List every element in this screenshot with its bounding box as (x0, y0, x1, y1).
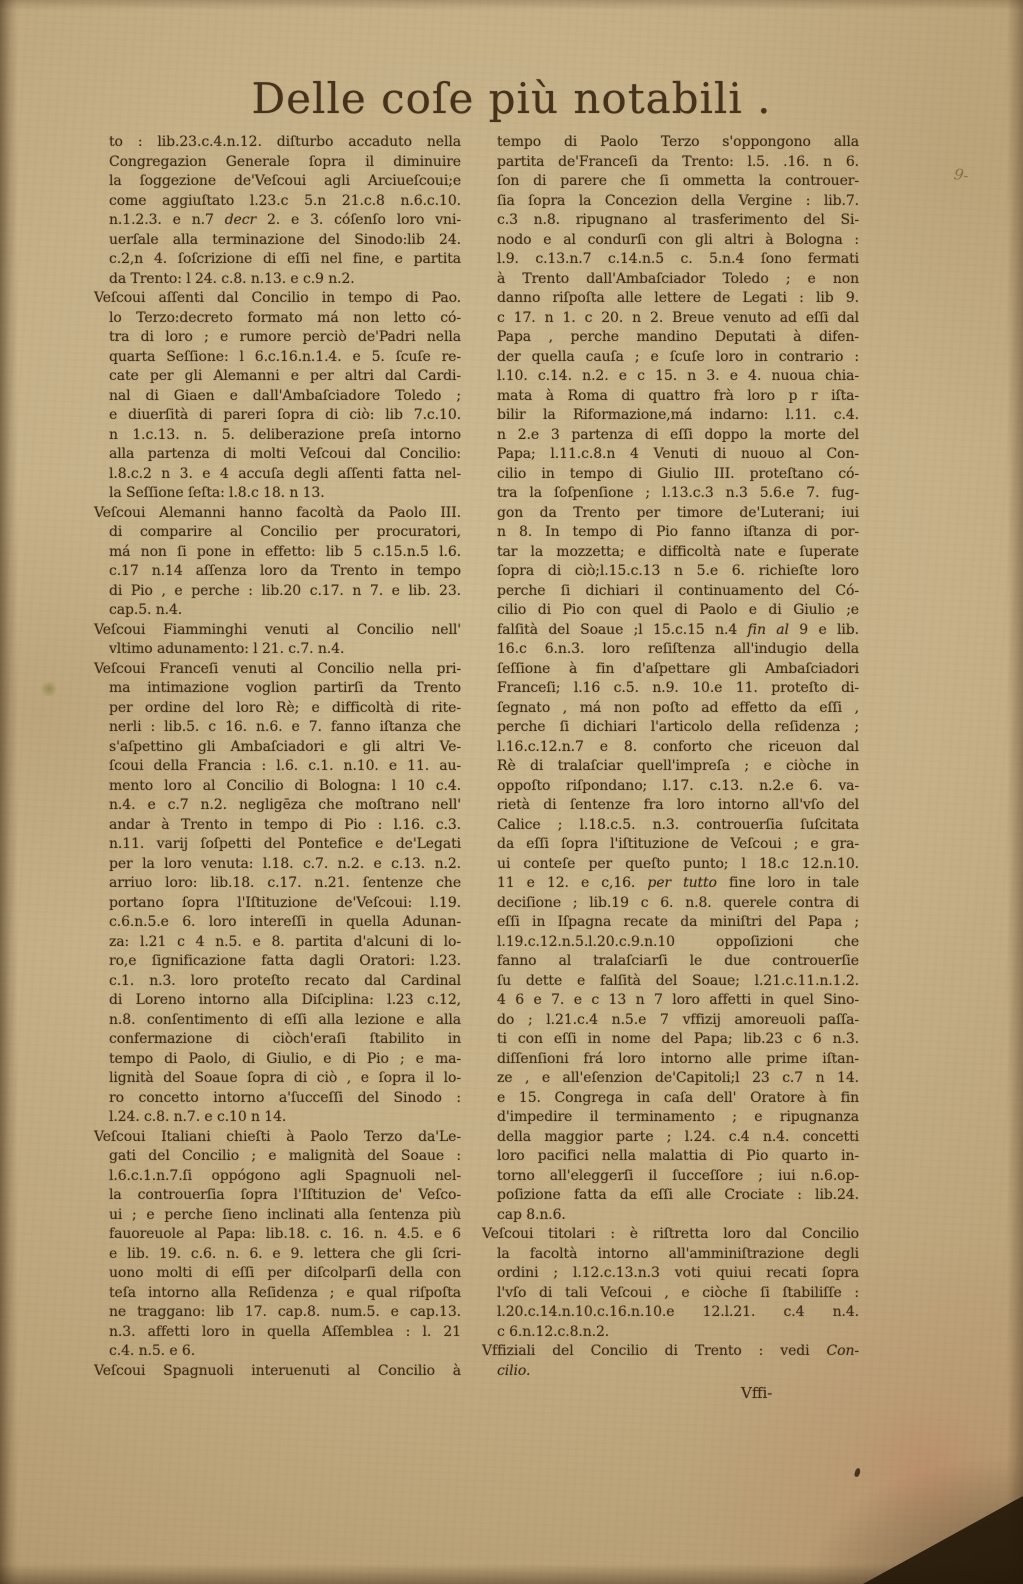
index-entry: Veſcoui titolari : è riſtretta loro dal … (482, 1225, 859, 1342)
index-entry: Veſcoui Fiamminghi venuti al Concilio ne… (94, 621, 461, 660)
index-line: la facoltà intorno all'amminiſtrazione d… (482, 1245, 859, 1265)
index-line: tra la ſoſpenſione ; l.13.c.3 n.3 5.6.e … (482, 484, 859, 504)
index-line: Veſcoui Italiani chieſti à Paolo Terzo d… (94, 1128, 461, 1148)
index-line: alla partenza di molti Veſcoui dal Conci… (94, 445, 461, 465)
index-line: di Pio , e perche : lib.20 c.17. n 7. e … (94, 582, 461, 602)
index-entry: Veſcoui aſſenti dal Concilio in tempo di… (94, 289, 461, 504)
index-line: diſſenſioni frá loro intorno alle prime … (482, 1050, 859, 1070)
index-line: falſità del Soaue ;l 15.c.15 n.4 fin al … (482, 621, 859, 641)
index-line: ui conteſe per queſto punto; l 18.c 12.n… (482, 855, 859, 875)
index-line: ro,e ſignificazione fatta dagli Oratori:… (94, 952, 461, 972)
index-line: poſizione fatta da eſſi alle Crociate : … (482, 1186, 859, 1206)
index-line: di Loreno intorno alla Diſciplina: l.23 … (94, 991, 461, 1011)
index-line: uerſale alla terminazione del Sinodo:lib… (94, 231, 461, 251)
index-line: ſegnato , má non poſto ad effetto da eſſ… (482, 699, 859, 719)
index-line: lignità del Soaue ſopra di ciò , e ſopra… (94, 1069, 461, 1089)
index-column-right: tempo di Paolo Terzo s'oppongono allapar… (482, 133, 859, 1381)
index-line: Veſcoui aſſenti dal Concilio in tempo di… (94, 289, 461, 309)
index-entry: Veſcoui Italiani chieſti à Paolo Terzo d… (94, 1128, 461, 1362)
index-line: c.2,n 4. ſoſcrizione di eſſi nel fine, e… (94, 250, 461, 270)
index-line: uono molti di eſſi per diſcolparſi della… (94, 1264, 461, 1284)
index-line: oppoſto riſpondano; l.17. c.13. n.2.e 6.… (482, 777, 859, 797)
index-line: mata à Roma di quattro frà loro p r iſta… (482, 387, 859, 407)
index-line: l.10. c.14. n.2. e c 15. n 3. e 4. nuoua… (482, 367, 859, 387)
index-line: nal di Giaen e dall'Ambaſciadore Toledo … (94, 387, 461, 407)
index-line: l.9. c.13.n.7 c.14.n.5 c. 5.n.4 ſono fer… (482, 250, 859, 270)
index-line: nerli : lib.5. c 16. n.6. e 7. fanno iſt… (94, 718, 461, 738)
index-line: andar à Trento in tempo di Pio : l.16. c… (94, 816, 461, 836)
index-line: l.19.c.12.n.5.l.20.c.9.n.10 oppoſizioni … (482, 933, 859, 953)
index-line: la Seſſione ſeſta: l.8.c 18. n 13. (94, 484, 461, 504)
index-line: e 15. Congrega in caſa dell' Oratore à f… (482, 1089, 859, 1109)
index-line: to : lib.23.c.4.n.12. diſturbo accaduto … (94, 133, 461, 153)
index-line: perche ſi dichiari il continuamento del … (482, 582, 859, 602)
catchword: Vffi- (741, 1384, 772, 1402)
index-line: l.16.c.12.n.7 e 8. conforto che riceuon … (482, 738, 859, 758)
index-line: l.24. c.8. n.7. e c.10 n 14. (94, 1108, 461, 1128)
index-line: ma intimazione voglion partirſi da Trent… (94, 679, 461, 699)
index-line: n 2.e 3 partenza di eſſi doppo la morte … (482, 426, 859, 446)
index-line: ti con eſſi in nome del Papa; lib.23 c 6… (482, 1030, 859, 1050)
index-line: za: l.21 c 4 n.5. e 8. partita d'alcuni … (94, 933, 461, 953)
index-line: Veſcoui Franceſi venuti al Concilio nell… (94, 660, 461, 680)
index-line: la controuerſia ſopra l'Iſtituzion de' V… (94, 1186, 461, 1206)
index-line: e lib. 19. c.6. n. 6. e 9. lettera che g… (94, 1245, 461, 1265)
index-line: l.6.c.1.n.7.ſi oppógono agli Spagnuoli n… (94, 1167, 461, 1187)
index-line: Veſcoui titolari : è riſtretta loro dal … (482, 1225, 859, 1245)
index-line: n 1.c.13. n. 5. deliberazione preſa into… (94, 426, 461, 446)
index-line: do ; l.21.c.4 n.5.e 7 vffizij amoreuoli … (482, 1011, 859, 1031)
index-line: quarta Seſſione: l 6.c.16.n.1.4. e 5. ſc… (94, 348, 461, 368)
index-line: ſcoui della Francia : l.6. c.1. n.10. e … (94, 757, 461, 777)
index-column-left: to : lib.23.c.4.n.12. diſturbo accaduto … (94, 133, 461, 1381)
index-line: 16.c 6.n.3. loro reſiſtenza all'indugio … (482, 640, 859, 660)
index-line: ſopra di ciò;l.15.c.13 n 5.e 6. richieſt… (482, 562, 859, 582)
index-line: c 6.n.12.c.8.n.2. (482, 1323, 859, 1343)
index-line: tempo di Paolo, di Giulio, e di Pio ; e … (94, 1050, 461, 1070)
handwritten-mark: 9- (953, 165, 970, 185)
index-line: c.3 n.8. ripugnano al trasferimento del … (482, 211, 859, 231)
index-line: l'vſo di tali Veſcoui , e ciòche ſi ſtab… (482, 1284, 859, 1304)
index-line: da Trento: l 24. c.8. n.13. e c.9 n.2. (94, 270, 461, 290)
index-line: s'aſpettino gli Ambaſciadori e gli altri… (94, 738, 461, 758)
index-line: cilio. (482, 1362, 859, 1382)
index-line: loro pacifici nella malattia di Pio quar… (482, 1147, 859, 1167)
index-entry: to : lib.23.c.4.n.12. diſturbo accaduto … (94, 133, 461, 289)
index-line: d'impedire il terminamento ; e ripugnanz… (482, 1108, 859, 1128)
index-line: l.8.c.2 n 3. e 4 accuſa degli aſſenti fa… (94, 465, 461, 485)
index-line: Congregazion Generale ſopra il diminuire (94, 153, 461, 173)
index-line: per ordine del loro Rè; e difficoltà di … (94, 699, 461, 719)
index-line: Papa , perche mandino Deputati à difen- (482, 328, 859, 348)
page-corner-curl (863, 1496, 1023, 1584)
index-line: 11 e 12. e c,16. per tutto fine loro in … (482, 874, 859, 894)
index-entry: Veſcoui Alemanni hanno facoltà da Paolo … (94, 504, 461, 621)
index-line: Veſcoui Alemanni hanno facoltà da Paolo … (94, 504, 461, 524)
index-line: ro concetto intorno a'ſucceſſi del Sinod… (94, 1089, 461, 1109)
index-line: da eſſi ſopra l'iſtituzione de Veſcoui ;… (482, 835, 859, 855)
index-line: gon da Trento per timore de'Luterani; iu… (482, 504, 859, 524)
index-line: der quella cauſa ; e ſcuſe loro in contr… (482, 348, 859, 368)
page-edge-right (1007, 0, 1023, 1584)
index-line: cap.5. n.4. (94, 601, 461, 621)
index-line: e diuerſità di pareri ſopra di ciò: lib … (94, 406, 461, 426)
index-line: ſia ſopra la Concezion della Vergine : l… (482, 192, 859, 212)
index-line: 4 6 e 7. e c 13 n 7 loro affetti in quel… (482, 991, 859, 1011)
index-line: cate per gli Alemanni e per altri dal Ca… (94, 367, 461, 387)
index-line: c.17 n.14 aſſenza loro da Trento in temp… (94, 562, 461, 582)
index-line: rietà di ſentenze fra loro intorno all'v… (482, 796, 859, 816)
page-edge-top (0, 0, 1023, 10)
index-line: à Trento dall'Ambaſciador Toledo ; e non (482, 270, 859, 290)
index-line: confermazione di ciòch'eraſi ſtabilito i… (94, 1030, 461, 1050)
index-line: danno riſpoſta alle lettere de Legati : … (482, 289, 859, 309)
index-line: nodo e al condurſi con gli altri à Bolog… (482, 231, 859, 251)
page-title: Delle coſe più notabili . (0, 74, 1023, 123)
index-line: partita de'Franceſi da Trento: l.5. .16.… (482, 153, 859, 173)
index-line: n 8. In tempo di Pio fanno iſtanza di po… (482, 523, 859, 543)
index-line: n.3. affetti loro in quella Aſſemblea : … (94, 1323, 461, 1343)
index-line: la ſoggezione de'Veſcoui agli Arciueſcou… (94, 172, 461, 192)
index-line: c.6.n.5.e 6. loro intereſſi in quella Ad… (94, 913, 461, 933)
index-line: cap 8.n.6. (482, 1206, 859, 1226)
index-line: come aggiuſtato l.23.c 5.n 21.c.8 n.6.c.… (94, 192, 461, 212)
index-line: má non ſi pone in effetto: lib 5 c.15.n.… (94, 543, 461, 563)
index-line: bilir la Riformazione,má indarno: l.11. … (482, 406, 859, 426)
index-line: n.8. conſentimento di eſſi alla lezione … (94, 1011, 461, 1031)
index-line: arriuo loro: lib.18. c.17. n.21. ſentenz… (94, 874, 461, 894)
index-line: fauoreuole al Papa: lib.18. c. 16. n. 4.… (94, 1225, 461, 1245)
index-line: torno all'eleggerſi il ſucceſſore ; iui … (482, 1167, 859, 1187)
index-line: gati del Concilio ; e malignità del Soau… (94, 1147, 461, 1167)
index-line: l.20.c.14.n.10.c.16.n.10.e 12.l.21. c.4 … (482, 1303, 859, 1323)
index-line: ſeſſione à fin d'aſpettare gli Ambaſciad… (482, 660, 859, 680)
index-line: tar la mozzetta; e difficoltà nate e ſup… (482, 543, 859, 563)
index-line: perche ſi dichiari l'articolo della reſi… (482, 718, 859, 738)
index-line: mento loro al Concilio di Bologna: l 10 … (94, 777, 461, 797)
index-line: lo Terzo:decreto formato má non letto có… (94, 309, 461, 329)
paper-stain (40, 682, 58, 696)
index-line: ze , e all'eſenzion de'Capitoli;l 23 c.7… (482, 1069, 859, 1089)
index-line: deciſione ; lib.19 c 6. n.8. querele con… (482, 894, 859, 914)
index-line: Rè di tralaſciar quell'impreſa ; e ciòch… (482, 757, 859, 777)
index-line: teſa intorno alla Reſidenza ; e qual riſ… (94, 1284, 461, 1304)
index-entry: Vffiziali del Concilio di Trento : vedi … (482, 1342, 859, 1381)
index-line: Veſcoui Spagnuoli interuenuti al Concili… (94, 1362, 461, 1382)
index-line: fanno al tralaſciarſi le due controuerſi… (482, 952, 859, 972)
binding-shadow-left (0, 0, 18, 1584)
index-line: Calice ; l.18.c.5. n.3. controuerſia ſuſ… (482, 816, 859, 836)
index-line: Papa; l.11.c.8.n 4 Venuti di nuouo al Co… (482, 445, 859, 465)
index-line: Vffiziali del Concilio di Trento : vedi … (482, 1342, 859, 1362)
index-line: eſſi in Iſpagna recate da miniſtri del P… (482, 913, 859, 933)
index-line: c.1. n.3. loro proteſto recato dal Cardi… (94, 972, 461, 992)
index-line: Veſcoui Fiamminghi venuti al Concilio ne… (94, 621, 461, 641)
index-line: c.4. n.5. e 6. (94, 1342, 461, 1362)
index-line: ſon di parere che ſi ommetta la controue… (482, 172, 859, 192)
index-entry: tempo di Paolo Terzo s'oppongono allapar… (482, 133, 859, 1225)
index-line: tempo di Paolo Terzo s'oppongono alla (482, 133, 859, 153)
index-line: n.11. varij ſoſpetti del Pontefice e de'… (94, 835, 461, 855)
index-line: della maggior parte ; l.24. c.4 n.4. con… (482, 1128, 859, 1148)
index-line: n.1.2.3. e n.7 decr 2. e 3. cóſenſo loro… (94, 211, 461, 231)
index-line: portano ſopra l'Iſtituzione de'Veſcoui: … (94, 894, 461, 914)
index-line: tra di loro ; e rumore perciò de'Padri n… (94, 328, 461, 348)
index-line: ui ; e perche ſieno inclinati alla ſente… (94, 1206, 461, 1226)
index-line: Franceſi; l.16 c.5. n.9. 10.e 11. proteſ… (482, 679, 859, 699)
index-line: n.4. e c.7 n.2. negligēza che moſtrano n… (94, 796, 461, 816)
index-line: ne traggano: lib 17. cap.8. num.5. e cap… (94, 1303, 461, 1323)
index-line: ſu dette e falſità del Soaue; l.21.c.11.… (482, 972, 859, 992)
index-line: di comparire al Concilio per procuratori… (94, 523, 461, 543)
index-line: ordini ; l.12.c.13.n.3 voti quiui recati… (482, 1264, 859, 1284)
index-entry: Veſcoui Spagnuoli interuenuti al Concili… (94, 1362, 461, 1382)
index-line: cilio in tempo di Giulio III. proteſtano… (482, 465, 859, 485)
book-page-scan: { "page": { "title": "Delle coſe più not… (0, 0, 1023, 1584)
index-line: per la loro venuta: l.18. c.7. n.2. e c.… (94, 855, 461, 875)
index-entry: Veſcoui Franceſi venuti al Concilio nell… (94, 660, 461, 1128)
index-line: cilio di Pio con quel di Paolo e di Giul… (482, 601, 859, 621)
index-line: c 17. n 1. c 20. n 2. Breue venuto ad eſ… (482, 309, 859, 329)
index-line: vltimo adunamento: l 21. c.7. n.4. (94, 640, 461, 660)
